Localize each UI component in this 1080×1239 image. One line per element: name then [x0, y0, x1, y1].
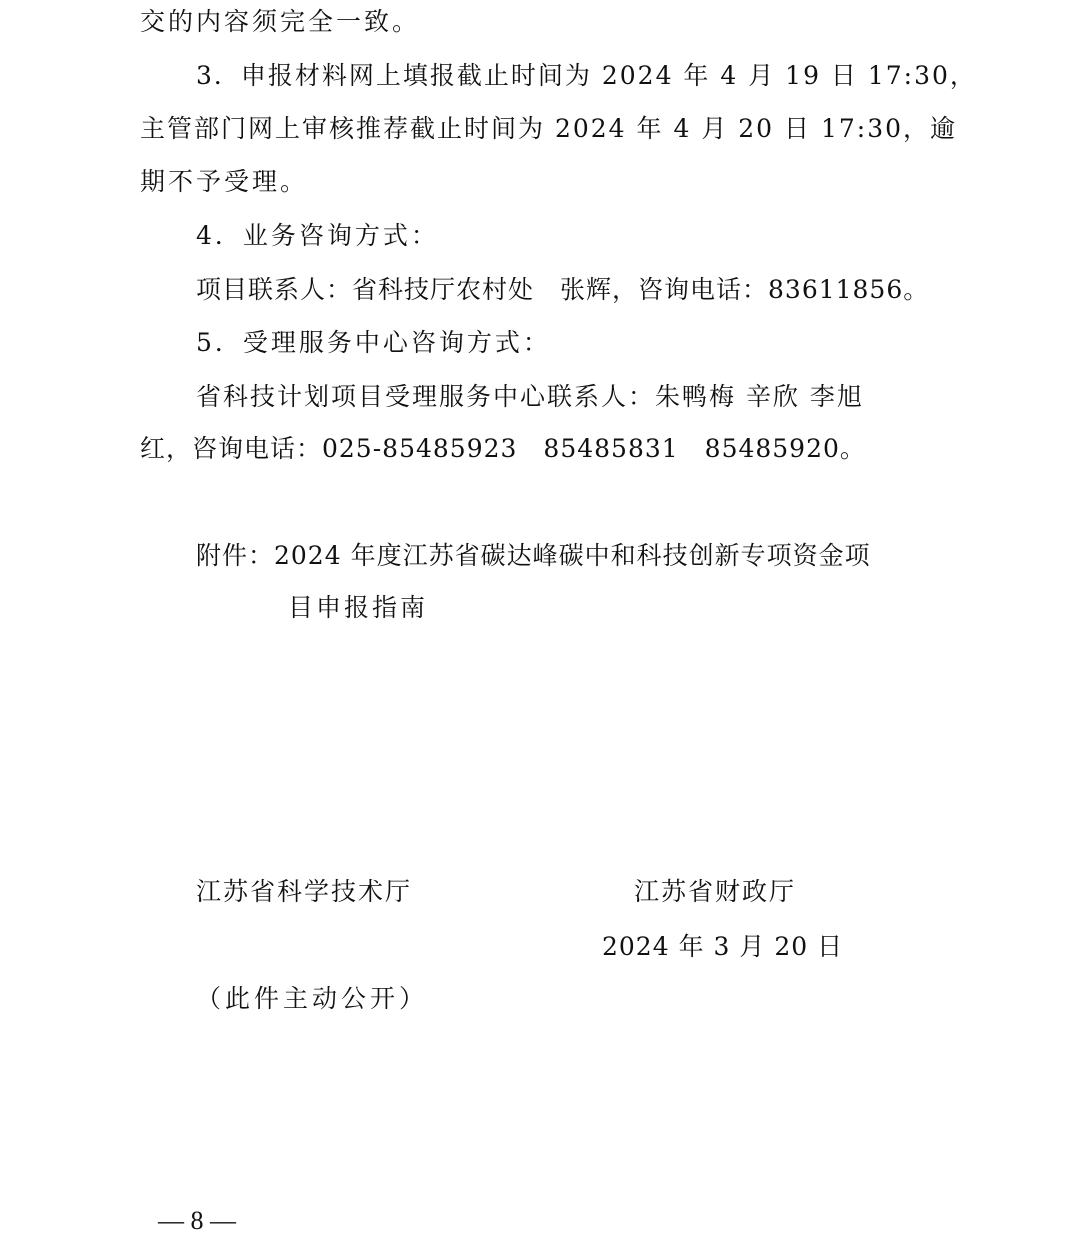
page-number: — 8 — [158, 1206, 236, 1236]
paragraph-line: 主管部门网上审核推荐截止时间为 2024 年 4 月 20 日 17:30，逾 [140, 113, 957, 145]
paragraph-line: 期不予受理。 [140, 166, 308, 198]
contact-line: 省科技计划项目受理服务中心联系人：朱鸭梅 辛欣 李旭 [196, 381, 864, 413]
signature-date: 2024 年 3 月 20 日 [602, 931, 843, 963]
signature-left: 江苏省科学技术厅 [196, 876, 412, 908]
contact-line: 项目联系人：省科技厅农村处 张辉，咨询电话：83611856。 [196, 274, 929, 306]
contact-line: 红，咨询电话：025-85485923 85485831 85485920。 [140, 433, 866, 465]
paragraph-line: 交的内容须完全一致。 [140, 6, 420, 38]
attachment-line: 目申报指南 [288, 592, 428, 624]
signature-right: 江苏省财政厅 [634, 876, 796, 908]
section-heading: 5．受理服务中心咨询方式： [196, 327, 551, 359]
section-heading: 4．业务咨询方式： [196, 220, 439, 252]
disclosure-note: （此件主动公开） [196, 983, 428, 1015]
attachment-line: 附件：2024 年度江苏省碳达峰碳中和科技创新专项资金项 [196, 540, 871, 572]
paragraph-line: 3．申报材料网上填报截止时间为 2024 年 4 月 19 日 17:30， [196, 60, 977, 92]
